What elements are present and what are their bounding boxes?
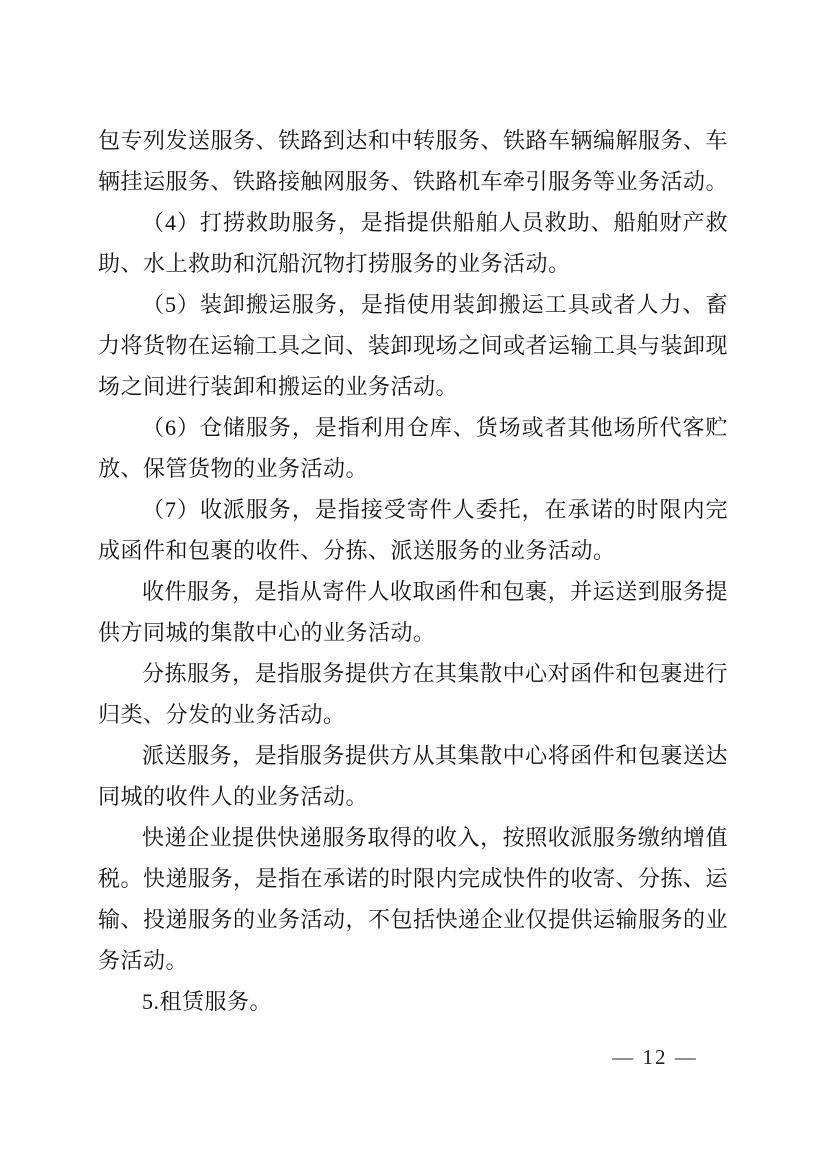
body-text: 包专列发送服务、铁路到达和中转服务、铁路车辆编解服务、车辆挂运服务、铁路接触网服… xyxy=(98,120,728,1022)
text-line: 同城的收件人的业务活动。 xyxy=(98,776,728,817)
text-line: 分拣服务，是指服务提供方在其集散中心对函件和包裹进行 xyxy=(98,653,728,694)
text-line: 助、水上救助和沉船沉物打捞服务的业务活动。 xyxy=(98,243,728,284)
text-line: 供方同城的集散中心的业务活动。 xyxy=(98,612,728,653)
text-line: 快递企业提供快递服务取得的收入，按照收派服务缴纳增值 xyxy=(98,817,728,858)
text-line: （7）收派服务，是指接受寄件人委托，在承诺的时限内完 xyxy=(98,489,728,530)
text-line: （5）装卸搬运服务，是指使用装卸搬运工具或者人力、畜 xyxy=(98,284,728,325)
text-line: 输、投递服务的业务活动，不包括快递企业仅提供运输服务的业 xyxy=(98,899,728,940)
document-page: 包专列发送服务、铁路到达和中转服务、铁路车辆编解服务、车辆挂运服务、铁路接触网服… xyxy=(0,0,827,1170)
text-line: 包专列发送服务、铁路到达和中转服务、铁路车辆编解服务、车 xyxy=(98,120,728,161)
text-line: 力将货物在运输工具之间、装卸现场之间或者运输工具与装卸现 xyxy=(98,325,728,366)
text-line: （6）仓储服务，是指利用仓库、货场或者其他场所代客贮 xyxy=(98,407,728,448)
text-line: 务活动。 xyxy=(98,940,728,981)
text-line: （4）打捞救助服务，是指提供船舶人员救助、船舶财产救 xyxy=(98,202,728,243)
text-line: 成函件和包裹的收件、分拣、派送服务的业务活动。 xyxy=(98,530,728,571)
page-number: — 12 — xyxy=(585,1042,725,1072)
text-line: 税。快递服务，是指在承诺的时限内完成快件的收寄、分拣、运 xyxy=(98,858,728,899)
text-line: 辆挂运服务、铁路接触网服务、铁路机车牵引服务等业务活动。 xyxy=(98,161,728,202)
text-line: 派送服务，是指服务提供方从其集散中心将函件和包裹送达 xyxy=(98,735,728,776)
text-line: 收件服务，是指从寄件人收取函件和包裹，并运送到服务提 xyxy=(98,571,728,612)
text-line: 归类、分发的业务活动。 xyxy=(98,694,728,735)
text-line: 5.租赁服务。 xyxy=(98,981,728,1022)
text-line: 场之间进行装卸和搬运的业务活动。 xyxy=(98,366,728,407)
text-line: 放、保管货物的业务活动。 xyxy=(98,448,728,489)
